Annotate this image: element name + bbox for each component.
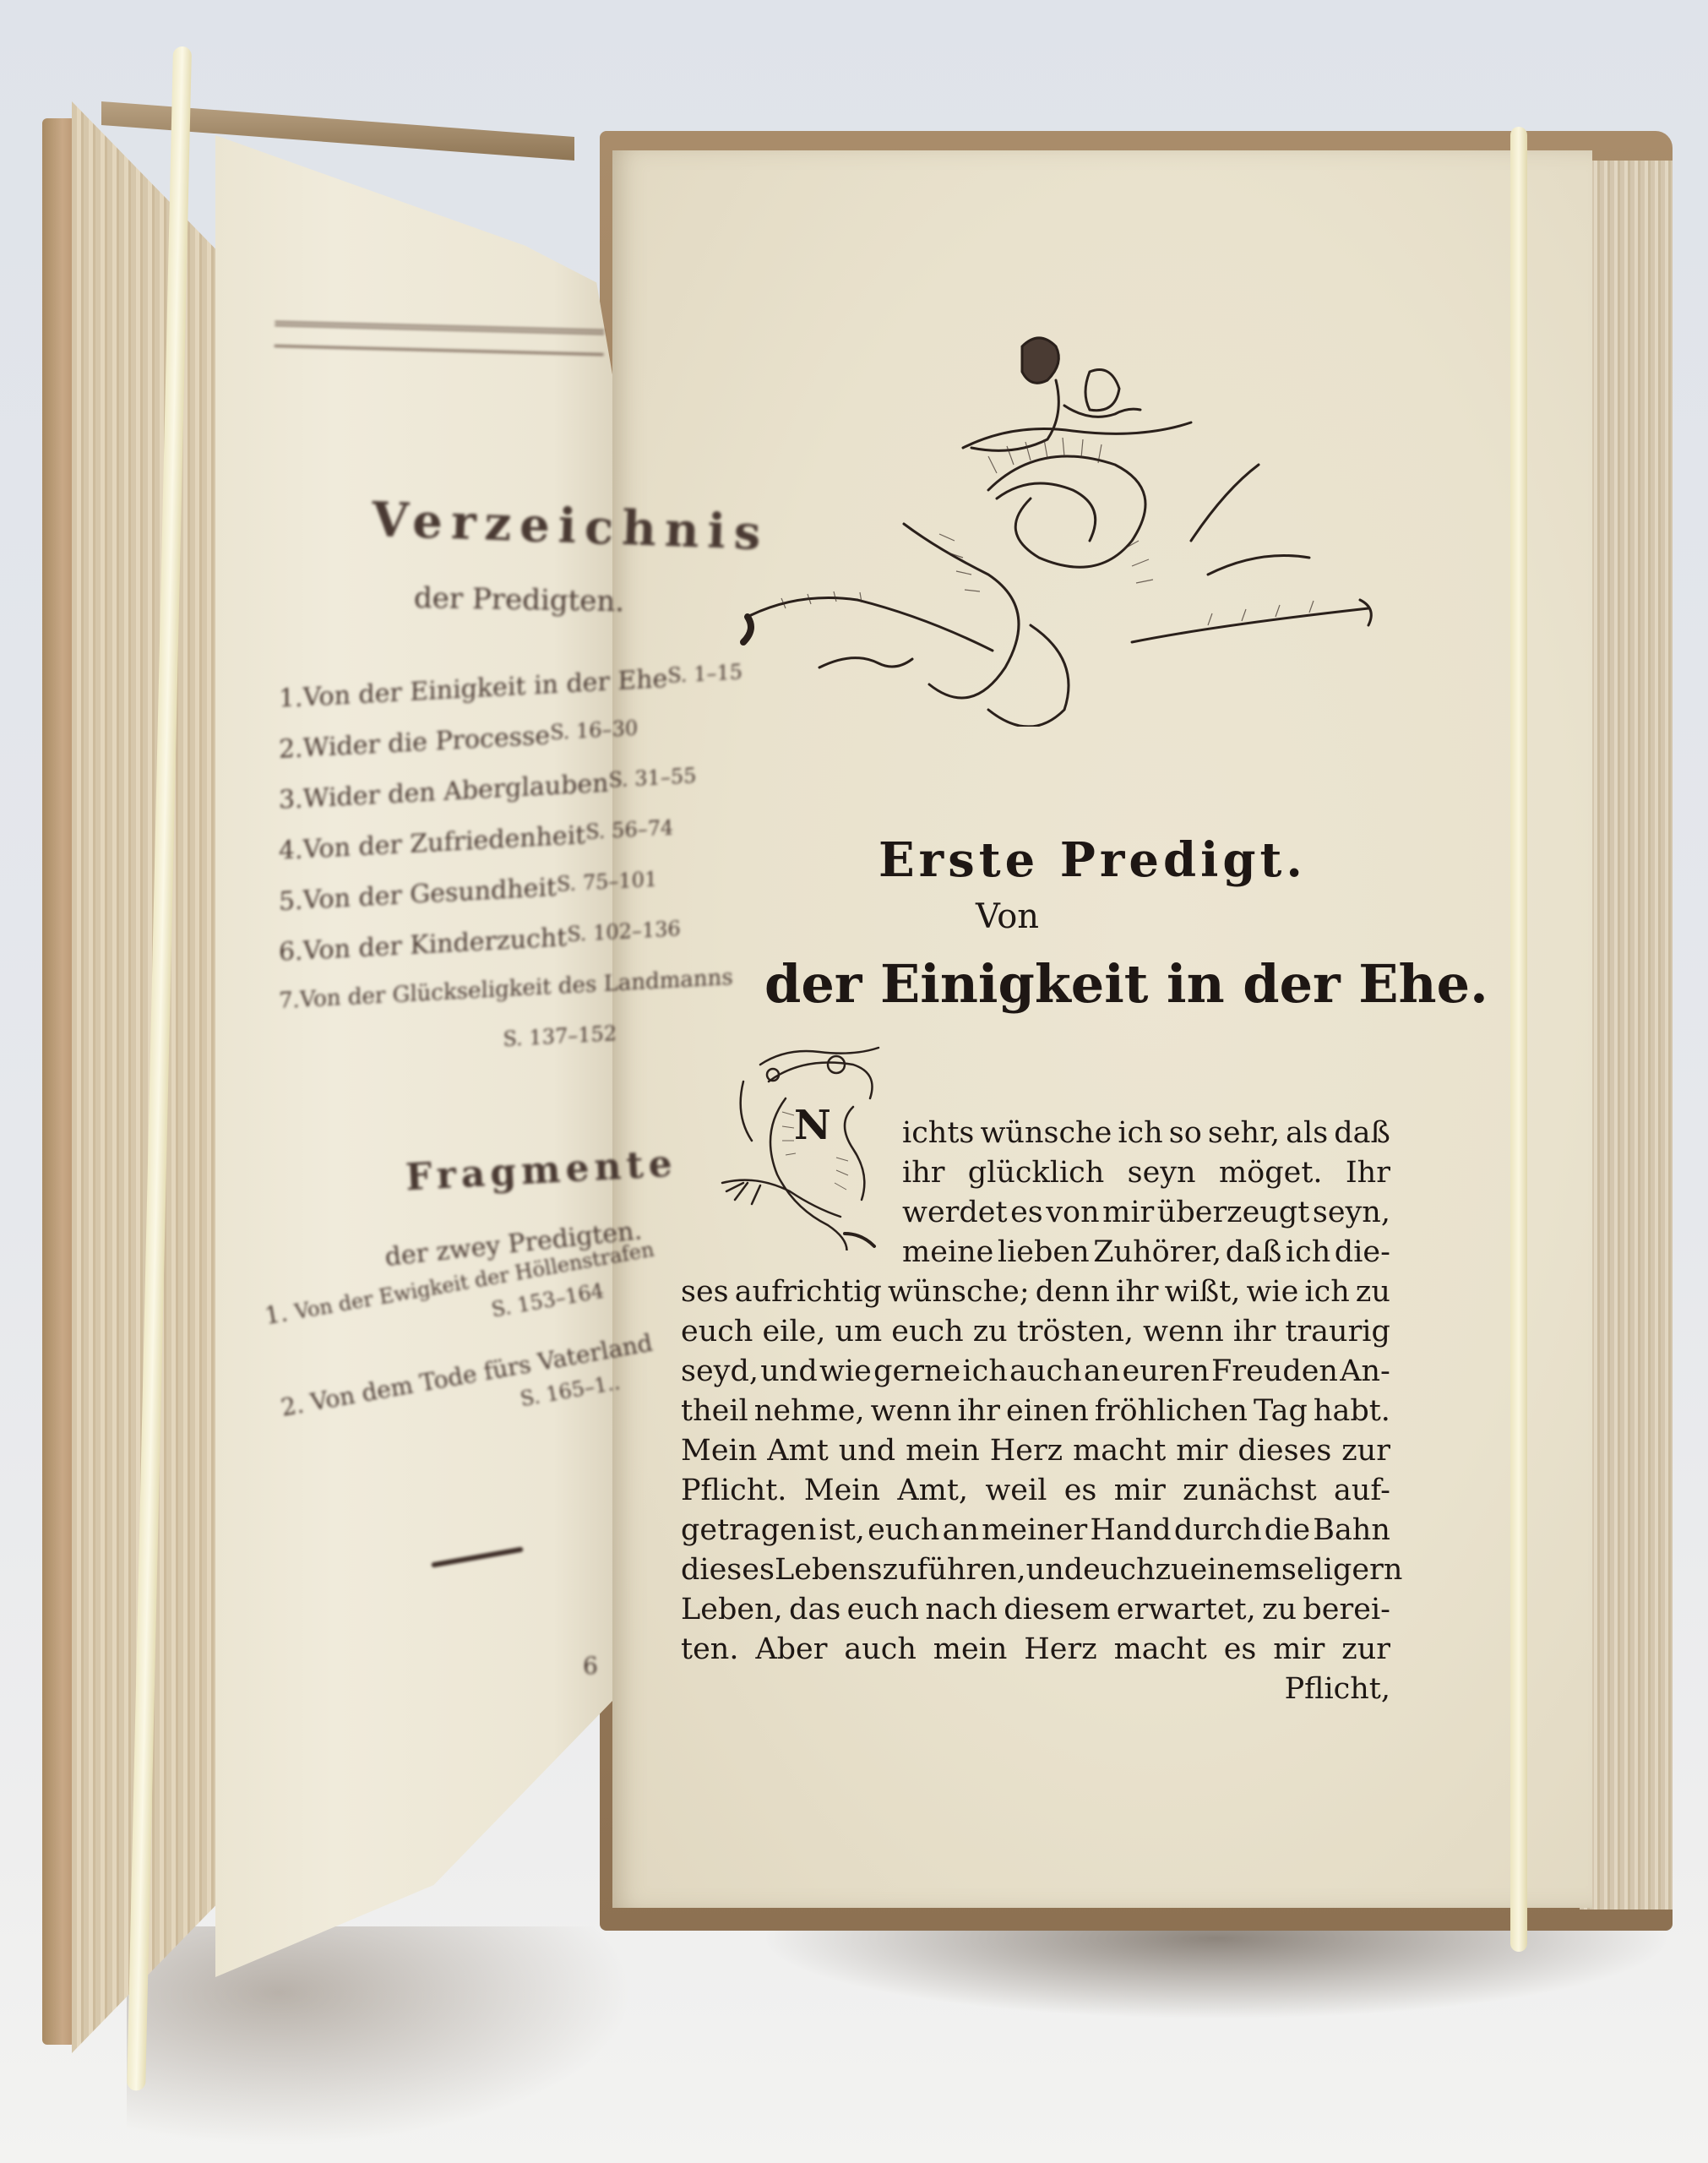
fragment-num: 2. [279, 1390, 306, 1421]
word: auch [1009, 1352, 1082, 1392]
word: wünsche; [888, 1272, 1030, 1312]
word: die- [1335, 1233, 1390, 1272]
word: werdet [902, 1193, 1008, 1233]
word: Herz [1024, 1630, 1096, 1670]
word: Ihr [1346, 1153, 1390, 1193]
word: lieben [998, 1233, 1090, 1272]
word: zunächst [1183, 1471, 1317, 1511]
word: traurig [1285, 1312, 1390, 1352]
word: dieses [1237, 1431, 1331, 1471]
word: macht [1073, 1431, 1166, 1471]
word: es [1010, 1193, 1043, 1233]
toc-item-pages: S. 137–152 [503, 1022, 617, 1078]
word: an [943, 1511, 979, 1550]
word: um [835, 1312, 882, 1352]
word: möget. [1219, 1153, 1323, 1193]
word: Bahn [1313, 1511, 1390, 1550]
word: Pflicht. [681, 1471, 786, 1511]
word: dieses [681, 1550, 775, 1590]
word: mir [1176, 1431, 1227, 1471]
word: Hand [1090, 1511, 1171, 1550]
word: ich [1304, 1272, 1349, 1312]
word: Aber [755, 1630, 827, 1670]
word: Herz [990, 1431, 1063, 1471]
text-line: ichtswünscheichsosehr,alsdaß [902, 1114, 1390, 1153]
book-shadow-left [127, 1926, 634, 2146]
text-line: diesesLebenszuführen,undeuchzueinemselig… [681, 1550, 1390, 1590]
word: mir [1114, 1471, 1166, 1511]
toc-item-pages: S. 75–101 [557, 868, 657, 923]
word: wie [1246, 1272, 1298, 1312]
word: erwartet, [1117, 1590, 1256, 1630]
word: zu [883, 1550, 917, 1590]
word: wie [819, 1352, 872, 1392]
elastic-band-right [1510, 127, 1527, 1952]
word: ichts [902, 1114, 974, 1153]
word: als [1286, 1114, 1328, 1153]
word: ist, [819, 1511, 865, 1550]
toc-item-pages: S. 16–30 [550, 716, 638, 771]
toc-num: 4. [279, 835, 303, 887]
catchword-line: Pflicht, [681, 1670, 1390, 1709]
text-line: werdetesvonmirüberzeugtseyn, [902, 1193, 1390, 1233]
word: euch [681, 1312, 753, 1352]
word: durch [1174, 1511, 1262, 1550]
word: zur [1341, 1630, 1390, 1670]
text-line: getragenist,euchanmeinerHanddurchdieBahn [681, 1511, 1390, 1550]
rococo-floral-ornament-icon [735, 321, 1385, 727]
toc-item-pages: S. 1–15 [667, 660, 742, 715]
word: zu [1356, 1272, 1390, 1312]
toc-list: 1. Von der Einigkeit in der Ehe S. 1–15 … [279, 667, 617, 1090]
toc-num: 1. [279, 683, 303, 735]
word: ihr [1233, 1312, 1276, 1352]
catchword: Pflicht, [1285, 1670, 1390, 1709]
word: nehme, [754, 1392, 865, 1431]
word: Mein [681, 1431, 757, 1471]
toc-item-pages: S. 102–136 [567, 917, 680, 973]
text-line: theilnehme,wennihreinenfröhlichenTaghabt… [681, 1392, 1390, 1431]
word: die [1265, 1511, 1310, 1550]
word: es [1064, 1471, 1097, 1511]
word: Mein [804, 1471, 880, 1511]
word: meine [902, 1233, 993, 1272]
word: weil [985, 1471, 1047, 1511]
word: wünsche [980, 1114, 1112, 1153]
word: wenn [1143, 1312, 1224, 1352]
word: glücklich [968, 1153, 1104, 1193]
word: auch [844, 1630, 917, 1670]
word: Leben, [681, 1590, 783, 1630]
sermon-heading: Erste Predigt. [878, 832, 1307, 888]
word: wenn [871, 1392, 952, 1431]
text-line: MeinAmtundmeinHerzmachtmirdieseszur [681, 1431, 1390, 1471]
book-shadow [760, 1918, 1673, 2019]
word: seyd, [681, 1352, 759, 1392]
word: ich [1118, 1114, 1162, 1153]
text-line: seyd,undwiegerneichauchaneurenFreudenAn- [681, 1352, 1390, 1392]
word: führen, [917, 1550, 1026, 1590]
toc-num: 3. [279, 784, 303, 836]
word: und [760, 1352, 818, 1392]
text-line: meineliebenZuhörer,daßichdie- [902, 1233, 1390, 1272]
word: das [789, 1590, 840, 1630]
word: mein [933, 1630, 1008, 1670]
word: ten. [681, 1630, 738, 1670]
word: ihr [958, 1392, 1000, 1431]
word: es [1224, 1630, 1257, 1670]
word: fröhlichen [1095, 1392, 1248, 1431]
word: zu [1156, 1550, 1190, 1590]
word: eile, [762, 1312, 825, 1352]
toc-num: 7. [279, 988, 300, 1039]
word: so [1169, 1114, 1202, 1153]
sermon-body-text: ichtswünscheichsosehr,alsdaß ihrglücklic… [681, 1114, 1390, 1709]
word: mir [1102, 1193, 1154, 1233]
text-line: Pflicht.MeinAmt,weilesmirzunächstauf- [681, 1471, 1390, 1511]
word: denn [1036, 1272, 1110, 1312]
word: ihr [902, 1153, 944, 1193]
sermon-heading-von: Von [976, 897, 1039, 936]
word: getragen [681, 1511, 816, 1550]
word: mein [906, 1431, 980, 1471]
word: sehr, [1208, 1114, 1280, 1153]
word: zu [1262, 1590, 1297, 1630]
word: aufrichtig [735, 1272, 882, 1312]
word: Tag [1254, 1392, 1308, 1431]
word: Zuhörer, [1093, 1233, 1221, 1272]
text-line: ihrglücklichseynmöget.Ihr [902, 1153, 1390, 1193]
word: gerne [873, 1352, 960, 1392]
word: diesem [1004, 1590, 1110, 1630]
text-line: ten.AberauchmeinHerzmachtesmirzur [681, 1630, 1390, 1670]
word: einem [1190, 1550, 1281, 1590]
word: habt. [1314, 1392, 1390, 1431]
word: euch [891, 1312, 963, 1352]
word: macht [1114, 1630, 1207, 1670]
word: ihr [1116, 1272, 1158, 1312]
word: und [1026, 1550, 1084, 1590]
word: meiner [982, 1511, 1087, 1550]
word: trösten, [1017, 1312, 1134, 1352]
word: euch [868, 1511, 939, 1550]
right-page-edges [1580, 161, 1673, 1910]
word: ses [681, 1272, 729, 1312]
word: ich [962, 1352, 1007, 1392]
word: daß [1334, 1114, 1390, 1153]
word: ich [1286, 1233, 1330, 1272]
word: seligern [1281, 1550, 1402, 1590]
word: und [839, 1431, 896, 1471]
word: euch [847, 1590, 919, 1630]
word: mir [1273, 1630, 1325, 1670]
word: seyn [1128, 1153, 1196, 1193]
word: wißt, [1165, 1272, 1241, 1312]
word: An- [1340, 1352, 1390, 1392]
toc-num: 5. [279, 885, 303, 938]
toc-num: 2. [279, 733, 303, 786]
word: einen [1006, 1392, 1089, 1431]
toc-item-pages: S. 56–74 [585, 816, 673, 871]
word: daß [1226, 1233, 1282, 1272]
word: auf- [1334, 1471, 1390, 1511]
word: seyn, [1313, 1193, 1390, 1233]
word: zu [973, 1312, 1008, 1352]
text-line: sesaufrichtigwünsche;dennihrwißt,wieichz… [681, 1272, 1390, 1312]
word: euch [1083, 1550, 1155, 1590]
front-cover [42, 118, 76, 2045]
word: nach [925, 1590, 998, 1630]
toc-subtitle: der Predigten. [414, 581, 625, 618]
sermon-title: der Einigkeit in der Ehe. [764, 953, 1488, 1015]
toc-num: 6. [279, 936, 303, 989]
text-line: eucheile,umeuchzutrösten,wennihrtraurig [681, 1312, 1390, 1352]
word: von [1046, 1193, 1099, 1233]
word: Amt [767, 1431, 829, 1471]
word: Amt, [897, 1471, 968, 1511]
word: euren [1123, 1352, 1210, 1392]
word: theil [681, 1392, 748, 1431]
word: berei- [1303, 1590, 1390, 1630]
word: Freuden [1211, 1352, 1338, 1392]
fragment-num: 1. [263, 1299, 290, 1330]
signature-mark: 6 [583, 1652, 598, 1680]
toc-item-pages: S. 31–55 [608, 764, 696, 819]
word: zur [1341, 1431, 1390, 1471]
word: Lebens [775, 1550, 883, 1590]
text-line: Leben,daseuchnachdiesemerwartet,zuberei- [681, 1590, 1390, 1630]
word: überzeugt [1157, 1193, 1310, 1233]
word: an [1084, 1352, 1120, 1392]
